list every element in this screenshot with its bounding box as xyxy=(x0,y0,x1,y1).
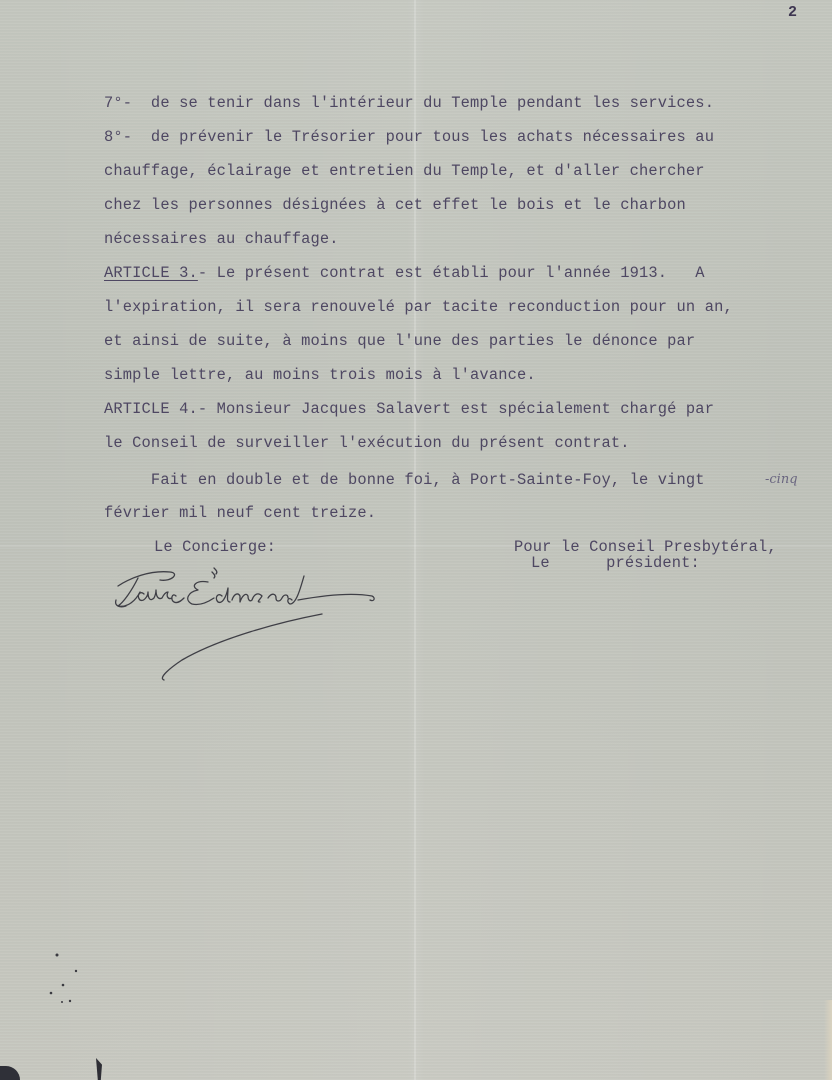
text-line: l'expiration, il sera renouvelé par taci… xyxy=(104,297,733,317)
text-line: et ainsi de suite, à moins que l'une des… xyxy=(104,331,695,351)
paper-edge xyxy=(824,1000,832,1080)
corner-shadow xyxy=(0,1066,20,1080)
document-page: 2 7°- de se tenir dans l'intérieur du Te… xyxy=(0,0,832,1080)
page-number: 2 xyxy=(788,4,797,21)
concierge-label: Le Concierge: xyxy=(154,537,276,557)
president-label: Le président: xyxy=(531,553,700,573)
text-line: le Conseil de surveiller l'exécution du … xyxy=(104,433,630,453)
closing-line: Fait en double et de bonne foi, à Port-S… xyxy=(104,470,705,490)
ink-specks xyxy=(45,950,85,1010)
text-line: nécessaires au chauffage. xyxy=(104,229,339,249)
article-3-line: ARTICLE 3.- Le présent contrat est établ… xyxy=(104,263,705,283)
text-line-item-8: 8°- de prévenir le Trésorier pour tous l… xyxy=(104,127,714,147)
text-line: chez les personnes désignées à cet effet… xyxy=(104,195,686,215)
article-3-heading: ARTICLE 3. xyxy=(104,264,198,282)
article-3-text: - Le présent contrat est établi pour l'a… xyxy=(198,264,705,282)
text-line-item-7: 7°- de se tenir dans l'intérieur du Temp… xyxy=(104,93,714,113)
date-line: février mil neuf cent treize. xyxy=(104,503,376,523)
text-line: chauffage, éclairage et entretien du Tem… xyxy=(104,161,705,181)
text-line: simple lettre, au moins trois mois à l'a… xyxy=(104,365,536,385)
handwritten-insert: -cinq xyxy=(765,472,798,487)
article-4-line: ARTICLE 4.- Monsieur Jacques Salavert es… xyxy=(104,399,714,419)
signature-faure-edmond xyxy=(110,556,390,686)
edge-mark xyxy=(96,1058,102,1080)
